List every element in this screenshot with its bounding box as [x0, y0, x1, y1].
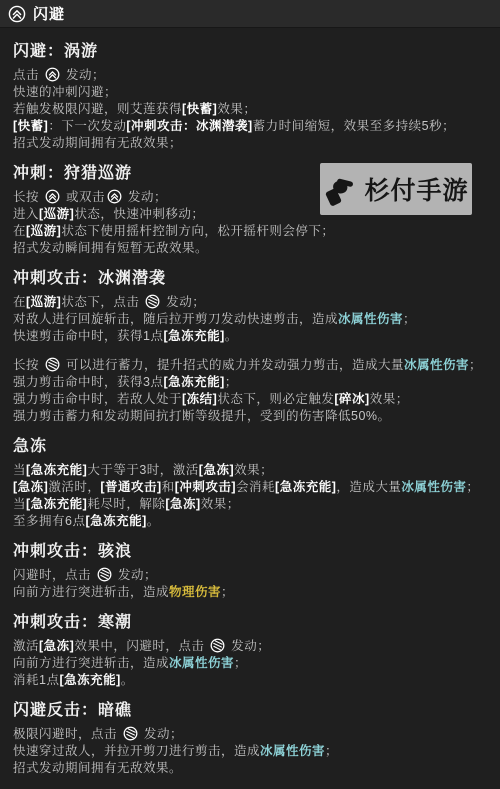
- text-segment: 耗尽时，解除: [87, 497, 165, 511]
- text-segment: 状态下，则必定触发: [217, 392, 334, 406]
- skill-line: 消耗1点[急冻充能]。: [13, 672, 494, 689]
- section-title: 冲刺攻击：寒潮: [13, 613, 494, 633]
- text-segment: 招式发动瞬间拥有短暂无敌效果。: [13, 241, 208, 255]
- text-segment: ，造成大量: [336, 480, 401, 494]
- text-segment: [急冻]: [13, 480, 48, 494]
- text-segment: 冰属性伤害: [260, 744, 325, 758]
- text-segment: 冰属性伤害: [338, 312, 403, 326]
- text-segment: 发动；: [114, 568, 157, 582]
- text-segment: 冰属性伤害: [169, 656, 234, 670]
- text-segment: 向前方进行突进斩击，造成: [13, 656, 169, 670]
- text-segment: 发动；: [62, 68, 105, 82]
- text-segment: 大于等于3时，激活: [87, 463, 198, 477]
- section-title: 闪避：涡游: [13, 42, 494, 62]
- text-segment: [冲刺攻击：冰渊潜袭]: [126, 119, 252, 133]
- skill-line: 若触发极限闪避，则艾莲获得[快蓄]效果；: [13, 101, 494, 118]
- text-segment: 状态，快速冲刺移动；: [74, 207, 204, 221]
- section-title: 冲刺攻击：骇浪: [13, 542, 494, 562]
- text-segment: 当: [13, 463, 26, 477]
- dodge-button-icon: [107, 189, 122, 204]
- text-segment: 若触发极限闪避，则艾莲获得: [13, 102, 182, 116]
- text-segment: [急冻]: [199, 463, 234, 477]
- text-segment: 当: [13, 497, 26, 511]
- text-segment: 。: [121, 673, 134, 687]
- text-segment: 激活: [13, 639, 39, 653]
- text-segment: [急冻充能]: [26, 497, 87, 511]
- text-segment: 快速的冲刺闪避；: [13, 85, 117, 99]
- page-title: 闪避: [33, 3, 65, 24]
- text-segment: 效果；: [370, 392, 409, 406]
- text-segment: 在: [13, 224, 26, 238]
- dodge-icon: [8, 5, 26, 23]
- skill-line: 当[急冻充能]大于等于3时，激活[急冻]效果；: [13, 462, 494, 479]
- skill-line: 当[急冻充能]耗尽时，解除[急冻]效果；: [13, 496, 494, 513]
- text-segment: 消耗1点: [13, 673, 59, 687]
- text-segment: [冲刺攻击]: [175, 480, 236, 494]
- dodge-button-icon: [45, 67, 60, 82]
- text-segment: ；: [225, 375, 238, 389]
- text-segment: 向前方进行突进斩击，造成: [13, 585, 169, 599]
- text-segment: [急冻]: [165, 497, 200, 511]
- attack-button-icon: [210, 638, 225, 653]
- text-segment: [急冻充能]: [275, 480, 336, 494]
- text-segment: 在: [13, 295, 26, 309]
- text-segment: [急冻充能]: [163, 329, 224, 343]
- text-segment: 。: [147, 514, 160, 528]
- skill-line: 招式发动期间拥有无敌效果。: [13, 760, 494, 777]
- text-segment: 状态下使用摇杆控制方向，松开摇杆则会停下；: [61, 224, 334, 238]
- dodge-button-icon: [45, 189, 60, 204]
- skill-line: 极限闪避时，点击 发动；: [13, 726, 494, 743]
- attack-button-icon: [145, 294, 160, 309]
- section-title: 闪避反击：暗礁: [13, 701, 494, 721]
- text-segment: 点击: [13, 68, 43, 82]
- text-segment: [急冻充能]: [26, 463, 87, 477]
- text-segment: [巡游]: [26, 224, 61, 238]
- watermark-text: 杉付手游: [364, 171, 468, 207]
- text-segment: 蓄力时间缩短，效果至多持续5秒；: [253, 119, 455, 133]
- text-segment: 进入: [13, 207, 39, 221]
- skill-line: 长按 可以进行蓄力，提升招式的威力并发动强力剪击，造成大量冰属性伤害；: [13, 357, 494, 374]
- text-segment: [巡游]: [39, 207, 74, 221]
- header-bar: 闪避: [0, 0, 500, 28]
- text-segment: 效果中，闪避时，点击: [74, 639, 208, 653]
- text-segment: 对敌人进行回旋斩击，随后拉开剪刀发动快速剪击，造成: [13, 312, 338, 326]
- text-segment: 长按: [13, 190, 43, 204]
- attack-button-icon: [123, 726, 138, 741]
- skill-line: 激活[急冻]效果中，闪避时，点击 发动；: [13, 638, 494, 655]
- skill-line: 快速的冲刺闪避；: [13, 84, 494, 101]
- sections: 闪避：涡游点击 发动；快速的冲刺闪避；若触发极限闪避，则艾莲获得[快蓄]效果；[…: [0, 28, 500, 777]
- skill-line: 强力剪击命中时，若敌人处于[冻结]状态下，则必定触发[碎冰]效果；: [13, 391, 494, 408]
- text-segment: 会消耗: [236, 480, 275, 494]
- text-segment: 至多拥有6点: [13, 514, 85, 528]
- text-segment: ；: [221, 585, 234, 599]
- skill-line: 在[巡游]状态下使用摇杆控制方向，松开摇杆则会停下；: [13, 223, 494, 240]
- skill-line: 点击 发动；: [13, 67, 494, 84]
- watermark: 杉付手游: [320, 163, 472, 215]
- skill-line: 向前方进行突进斩击，造成物理伤害；: [13, 584, 494, 601]
- text-segment: 发动；: [124, 190, 167, 204]
- text-segment: 发动；: [162, 295, 205, 309]
- skill-section: 冲刺攻击：冰渊潜袭在[巡游]状态下，点击 发动；对敌人进行回旋斩击，随后拉开剪刀…: [13, 269, 494, 425]
- text-segment: ；: [403, 312, 416, 326]
- skill-line: 对敌人进行回旋斩击，随后拉开剪刀发动快速剪击，造成冰属性伤害；: [13, 311, 494, 328]
- text-segment: 快速剪击命中时，获得1点: [13, 329, 163, 343]
- text-segment: 强力剪击蓄力和发动期间抗打断等级提升，受到的伤害降低50%。: [13, 409, 391, 423]
- text-segment: 状态下，点击: [61, 295, 143, 309]
- text-segment: ；: [469, 358, 482, 372]
- text-segment: [普通攻击]: [100, 480, 161, 494]
- text-segment: 闪避时，点击: [13, 568, 95, 582]
- text-segment: 可以进行蓄力，提升招式的威力并发动强力剪击，造成大量: [62, 358, 404, 372]
- skill-line: [快蓄]：下一次发动[冲刺攻击：冰渊潜袭]蓄力时间缩短，效果至多持续5秒；: [13, 118, 494, 135]
- text-segment: 强力剪击命中时，获得3点: [13, 375, 163, 389]
- text-segment: [快蓄]: [182, 102, 217, 116]
- text-segment: [快蓄]: [13, 119, 48, 133]
- skill-line: 招式发动瞬间拥有短暂无敌效果。: [13, 240, 494, 257]
- text-segment: [巡游]: [26, 295, 61, 309]
- text-segment: 效果；: [201, 497, 240, 511]
- section-title: 冲刺攻击：冰渊潜袭: [13, 269, 494, 289]
- skill-line: 快速穿过敌人，并拉开剪刀进行剪击，造成冰属性伤害；: [13, 743, 494, 760]
- text-segment: 快速穿过敌人，并拉开剪刀进行剪击，造成: [13, 744, 260, 758]
- text-segment: 极限闪避时，点击: [13, 727, 121, 741]
- text-segment: 和: [162, 480, 175, 494]
- section-title: 急冻: [13, 437, 494, 457]
- skill-line: 闪避时，点击 发动；: [13, 567, 494, 584]
- text-segment: 。: [225, 329, 238, 343]
- text-segment: [急冻充能]: [163, 375, 224, 389]
- skill-line: 至多拥有6点[急冻充能]。: [13, 513, 494, 530]
- skill-section: 闪避反击：暗礁极限闪避时，点击 发动；快速穿过敌人，并拉开剪刀进行剪击，造成冰属…: [13, 701, 494, 777]
- text-segment: 物理伤害: [169, 585, 221, 599]
- text-segment: 长按: [13, 358, 43, 372]
- text-segment: 冰属性伤害: [404, 358, 469, 372]
- skill-line: 向前方进行突进斩击，造成冰属性伤害；: [13, 655, 494, 672]
- text-segment: 强力剪击命中时，若敌人处于: [13, 392, 182, 406]
- text-segment: 或双击: [62, 190, 105, 204]
- text-segment: [冻结]: [182, 392, 217, 406]
- text-segment: ；: [466, 480, 479, 494]
- text-segment: ；: [325, 744, 338, 758]
- text-segment: [碎冰]: [334, 392, 369, 406]
- skill-line: 在[巡游]状态下，点击 发动；: [13, 294, 494, 311]
- text-segment: 招式发动期间拥有无敌效果。: [13, 761, 182, 775]
- hand-phone-icon: [323, 171, 359, 207]
- text-segment: 效果；: [217, 102, 256, 116]
- skill-line: 强力剪击命中时，获得3点[急冻充能]；: [13, 374, 494, 391]
- skill-line: 快速剪击命中时，获得1点[急冻充能]。: [13, 328, 494, 345]
- text-segment: [急冻]: [39, 639, 74, 653]
- text-segment: 发动；: [227, 639, 270, 653]
- attack-button-icon: [45, 357, 60, 372]
- text-segment: [急冻充能]: [85, 514, 146, 528]
- text-segment: [急冻充能]: [59, 673, 120, 687]
- text-segment: 冰属性伤害: [401, 480, 466, 494]
- skill-section: 急冻当[急冻充能]大于等于3时，激活[急冻]效果；[急冻]激活时，[普通攻击]和…: [13, 437, 494, 530]
- skill-line: 强力剪击蓄力和发动期间抗打断等级提升，受到的伤害降低50%。: [13, 408, 494, 425]
- text-segment: 激活时，: [48, 480, 100, 494]
- text-segment: ：下一次发动: [48, 119, 126, 133]
- skill-line: 招式发动期间拥有无敌效果；: [13, 135, 494, 152]
- attack-button-icon: [97, 567, 112, 582]
- text-segment: ；: [234, 656, 247, 670]
- skill-line: [急冻]激活时，[普通攻击]和[冲刺攻击]会消耗[急冻充能]，造成大量冰属性伤害…: [13, 479, 494, 496]
- skill-section: 冲刺攻击：骇浪闪避时，点击 发动；向前方进行突进斩击，造成物理伤害；: [13, 542, 494, 601]
- skill-section: 冲刺攻击：寒潮激活[急冻]效果中，闪避时，点击 发动；向前方进行突进斩击，造成冰…: [13, 613, 494, 689]
- text-segment: 招式发动期间拥有无敌效果；: [13, 136, 182, 150]
- text-segment: 发动；: [140, 727, 183, 741]
- skill-section: 闪避：涡游点击 发动；快速的冲刺闪避；若触发极限闪避，则艾莲获得[快蓄]效果；[…: [13, 42, 494, 152]
- text-segment: 效果；: [234, 463, 273, 477]
